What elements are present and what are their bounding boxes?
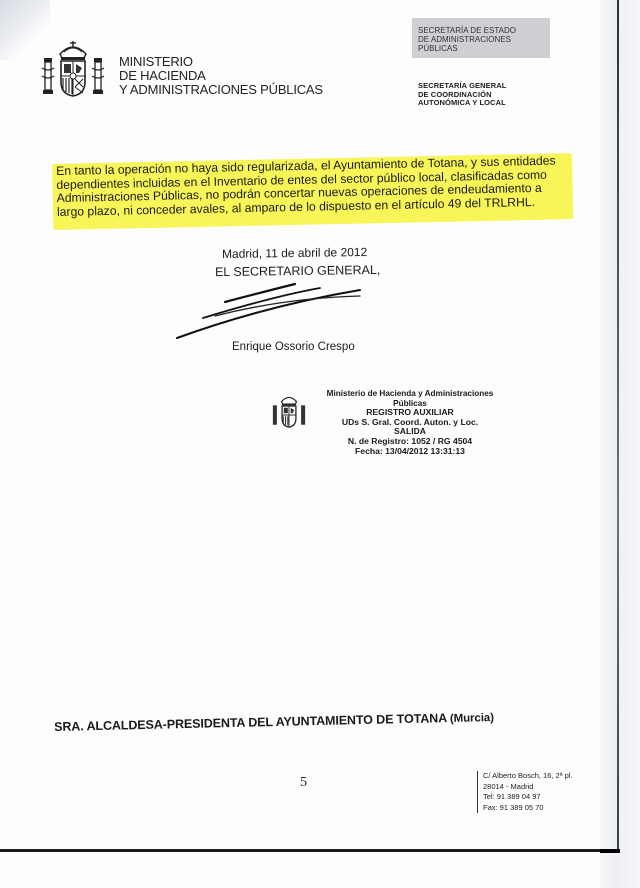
page-edge-shadow	[600, 0, 640, 888]
stamp-line: Fecha: 13/04/2012 13:31:13	[320, 447, 500, 457]
ministry-line: Y ADMINISTRACIONES PÚBLICAS	[119, 83, 323, 97]
page-number: 5	[300, 775, 307, 791]
page-bottom-edge-shadow	[600, 849, 620, 853]
address-line: Tel: 91 389 04 97	[483, 792, 573, 803]
handwritten-signature	[175, 280, 375, 340]
spain-coat-of-arms-icon	[270, 392, 308, 432]
address-line: 28014 - Madrid	[483, 782, 573, 793]
secretaria-estado-line: SECRETARÍA DE ESTADO	[418, 26, 550, 35]
page-bottom-edge	[0, 849, 612, 852]
page-edge-line	[617, 0, 619, 850]
footer-address: C/ Alberto Bosch, 16, 2ª pl. 28014 - Mad…	[477, 771, 573, 813]
signer-title: EL SECRETARIO GENERAL,	[215, 263, 381, 279]
address-line: C/ Alberto Bosch, 16, 2ª pl.	[483, 771, 573, 782]
ministry-name: MINISTERIO DE HACIENDA Y ADMINISTRACIONE…	[119, 55, 323, 97]
ministry-line: MINISTERIO	[119, 55, 323, 69]
spain-coat-of-arms-icon	[40, 38, 106, 104]
registry-stamp: Ministerio de Hacienda y Administracione…	[320, 389, 500, 456]
signer-name: Enrique Ossorio Crespo	[232, 341, 355, 353]
secretaria-general-line: AUTONÓMICA Y LOCAL	[418, 99, 506, 108]
highlighted-paragraph: En tanto la operación no haya sido regul…	[56, 155, 527, 219]
addressee-region: (Murcia)	[450, 712, 494, 725]
secretaria-estado-box: SECRETARÍA DE ESTADO DE ADMINISTRACIONES…	[412, 18, 550, 58]
stamp-line: Ministerio de Hacienda y Administracione…	[320, 389, 500, 399]
ministry-line: DE HACIENDA	[119, 69, 323, 83]
place-date: Madrid, 11 de abril de 2012	[222, 245, 367, 261]
secretaria-general: SECRETARÍA GENERAL DE COORDINACIÓN AUTON…	[418, 82, 506, 108]
address-line: Fax: 91 389 05 70	[483, 803, 573, 814]
secretaria-estado-line: DE ADMINISTRACIONES PÚBLICAS	[418, 35, 550, 53]
